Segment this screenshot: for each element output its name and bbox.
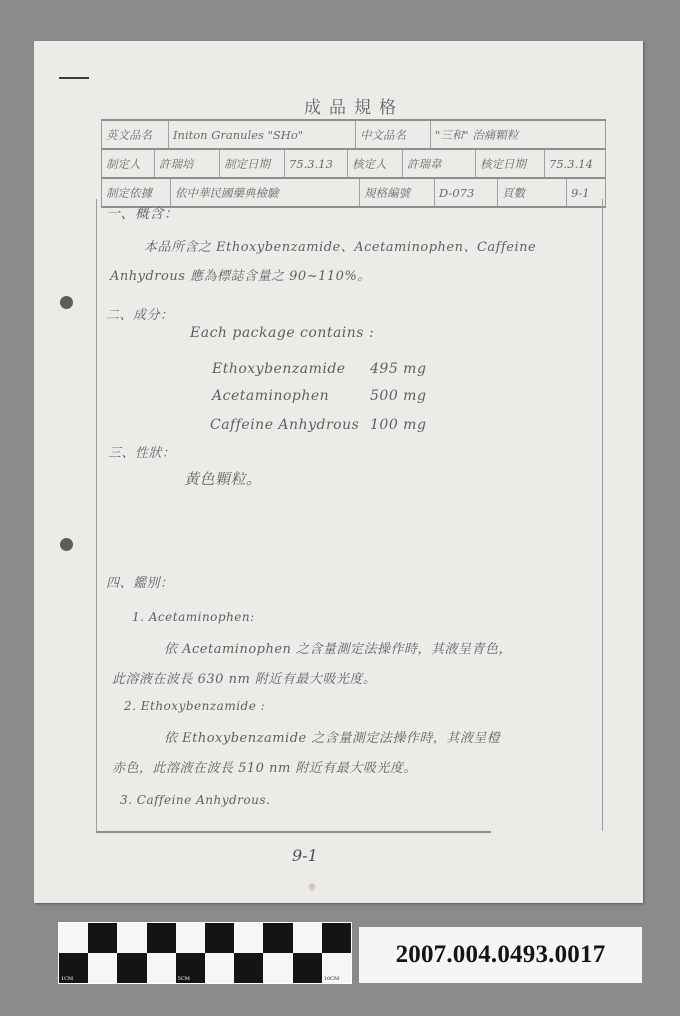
value-approver: 許瑞韋 [403, 150, 476, 177]
scale-square: 1CM [59, 953, 88, 983]
appearance-text: 黃色顆粒。 [184, 468, 262, 489]
punch-hole-top [60, 296, 73, 309]
label-author-date: 制定日期 [220, 150, 285, 177]
composition-item-amount: 100 mg [370, 417, 426, 433]
scale-square [205, 923, 234, 953]
header-row-authors: 制定人 許瑞培 制定日期 75.3.13 核定人 許瑞韋 核定日期 75.3.1… [101, 150, 606, 179]
label-chinese-name: 中文品名 [356, 121, 431, 148]
identification-item-line1: 依 Ethoxybenzamide 之含量測定法操作時，其液呈橙 [164, 727, 500, 746]
value-author-date: 75.3.13 [285, 150, 348, 177]
label-approval-date: 核定日期 [476, 150, 545, 177]
scale-square [88, 923, 117, 953]
composition-item-amount: 495 mg [370, 361, 426, 377]
scale-label-5cm: 5CM [178, 976, 190, 982]
scale-square [293, 923, 322, 953]
header-table: 英文品名 Initon Granules "SHo" 中文品名 "三和" 治痛顆… [101, 119, 606, 208]
scale-square [234, 923, 263, 953]
scale-square [263, 953, 292, 983]
section-overview-heading: 一、概含： [106, 203, 179, 223]
document-title: 成品規格 [304, 93, 404, 118]
scale-square [117, 953, 146, 983]
scale-square [147, 953, 176, 983]
composition-item-name: Acetaminophen [212, 388, 329, 404]
scale-square [234, 953, 263, 983]
section-appearance-heading: 三、性狀： [108, 442, 176, 461]
body-bottom-rule [96, 831, 491, 833]
value-approval-date: 75.3.14 [545, 150, 605, 177]
composition-item-amount: 500 mg [370, 388, 426, 404]
value-english-name: Initon Granules "SHo" [169, 121, 356, 148]
identification-item-title: 3. Caffeine Anhydrous. [120, 793, 270, 807]
label-english-name: 英文品名 [102, 121, 169, 148]
scale-bar: 1CM 5CM 10CM [58, 922, 352, 984]
header-row-product-names: 英文品名 Initon Granules "SHo" 中文品名 "三和" 治痛顆… [101, 121, 606, 150]
section-identification-heading: 四、鑑別： [106, 572, 174, 591]
identification-item-title: 1. Acetaminophen: [132, 610, 255, 624]
scale-label-10cm: 10CM [324, 976, 339, 982]
label-author: 制定人 [102, 150, 155, 177]
label-approver: 核定人 [348, 150, 403, 177]
punch-hole-bottom [60, 538, 73, 551]
scale-square [88, 953, 117, 983]
identification-item-line1: 依 Acetaminophen 之含量測定法操作時，其液呈青色， [164, 638, 512, 657]
value-author: 許瑞培 [155, 150, 220, 177]
scale-square: 10CM [322, 953, 351, 983]
section-composition-heading: 二、成分： [106, 304, 174, 323]
scale-square [293, 953, 322, 983]
scale-square [205, 953, 234, 983]
value-chinese-name: "三和" 治痛顆粒 [431, 121, 605, 148]
section-overview-line2: Anhydrous 應為標誌含量之 90~110%。 [110, 265, 371, 284]
composition-intro: Each package contains : [190, 325, 374, 341]
scale-square [117, 923, 146, 953]
scale-square: 5CM [176, 953, 205, 983]
identification-item-line2: 赤色，此溶液在波長 510 nm 附近有最大吸光度。 [112, 757, 417, 776]
composition-item-name: Caffeine Anhydrous [210, 417, 359, 433]
page-number: 9-1 [292, 846, 318, 865]
scale-label-1cm: 1CM [61, 976, 73, 982]
identification-item-title: 2. Ethoxybenzamide : [124, 699, 265, 713]
scale-square [263, 923, 292, 953]
scale-square [176, 923, 205, 953]
scale-square [59, 923, 88, 953]
document-page: 成品規格 英文品名 Initon Granules "SHo" 中文品名 "三和… [34, 41, 643, 903]
composition-item-name: Ethoxybenzamide [212, 361, 346, 377]
section-overview-line1: 本品所含之 Ethoxybenzamide、Acetaminophen、Caff… [144, 236, 536, 255]
scale-square [322, 923, 351, 953]
scale-square [147, 923, 176, 953]
paper-stain [309, 883, 315, 891]
identification-item-line2: 此溶液在波長 630 nm 附近有最大吸光度。 [112, 668, 376, 687]
accession-number-label: 2007.004.0493.0017 [359, 927, 642, 983]
margin-mark [59, 77, 89, 79]
